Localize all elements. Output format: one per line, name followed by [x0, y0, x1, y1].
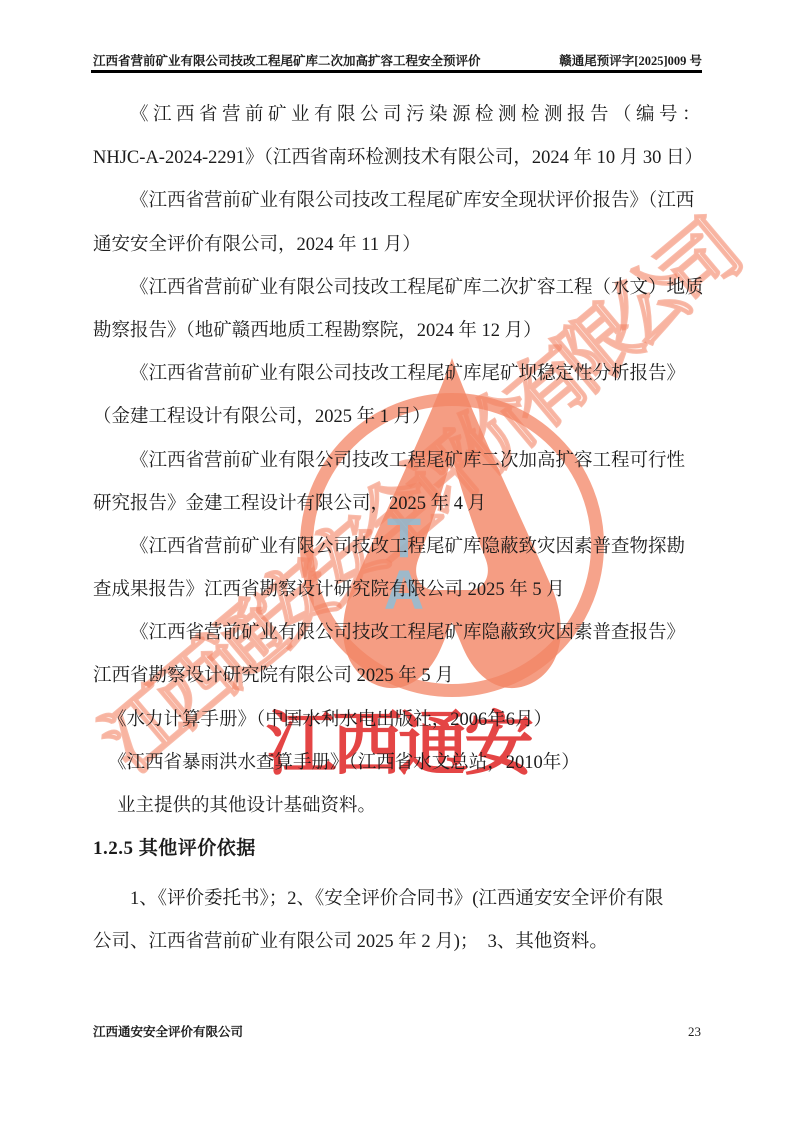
body-line: 查成果报告》江西省勘察设计研究院有限公司 2025 年 5 月	[93, 569, 709, 612]
page-number: 23	[688, 1024, 701, 1040]
section-heading: 1.2.5 其他评价依据	[93, 833, 256, 860]
body-line: NHJC-A-2024-2291》（江西省南环检测技术有限公司，2024 年 1…	[93, 137, 709, 180]
page-header: 江西省营前矿业有限公司技改工程尾矿库二次加高扩容工程安全预评价 赣通尾预评字[2…	[93, 51, 702, 69]
header-title: 江西省营前矿业有限公司技改工程尾矿库二次加高扩容工程安全预评价	[93, 51, 481, 69]
body-line: 《江西省营前矿业有限公司技改工程尾矿库安全现状评价报告》（江西	[93, 180, 709, 223]
body-line: 公司、江西省营前矿业有限公司 2025 年 2 月)； 3、其他资料。	[93, 921, 709, 964]
body-line: 通安安全评价有限公司，2024 年 11 月）	[93, 224, 709, 267]
footer-company-name: 江西通安安全评价有限公司	[93, 1022, 243, 1040]
body-line: 《江西省暴雨洪水查算手册》（江西省水文总站，2010年）	[93, 742, 709, 785]
body-line: 《水力计算手册》（中国水利水电出版社，2006年6月）	[93, 699, 709, 742]
body-line: 《江西省营前矿业有限公司技改工程尾矿库尾矿坝稳定性分析报告》	[93, 353, 709, 396]
reference-list: 《江西省营前矿业有限公司污染源检测检测报告（编号： NHJC-A-2024-22…	[93, 94, 709, 828]
body-line: 《江西省营前矿业有限公司污染源检测检测报告（编号：	[93, 94, 709, 137]
text-layer: 江西省营前矿业有限公司技改工程尾矿库二次加高扩容工程安全预评价 赣通尾预评字[2…	[0, 0, 793, 1122]
header-doc-number: 赣通尾预评字[2025]009 号	[559, 51, 702, 69]
other-basis-paragraph: 1、《评价委托书》；2、《安全评价合同书》(江西通安安全评价有限 公司、江西省营…	[93, 878, 709, 964]
body-line: （金建工程设计有限公司，2025 年 1 月）	[93, 396, 709, 439]
body-line: 《江西省营前矿业有限公司技改工程尾矿库二次扩容工程（水文）地质	[93, 267, 709, 310]
body-line: 业主提供的其他设计基础资料。	[93, 785, 709, 828]
header-divider	[91, 70, 702, 73]
body-line: 江西省勘察设计研究院有限公司 2025 年 5 月	[93, 655, 709, 698]
body-line: 《江西省营前矿业有限公司技改工程尾矿库隐蔽致灾因素普查物探勘	[93, 526, 709, 569]
body-line: 1、《评价委托书》；2、《安全评价合同书》(江西通安安全评价有限	[93, 878, 709, 921]
body-line: 研究报告》金建工程设计有限公司，2025 年 4 月	[93, 483, 709, 526]
body-line: 《江西省营前矿业有限公司技改工程尾矿库二次加高扩容工程可行性	[93, 440, 709, 483]
page-footer: 江西通安安全评价有限公司 23	[93, 1022, 701, 1040]
body-line: 《江西省营前矿业有限公司技改工程尾矿库隐蔽致灾因素普查报告》	[93, 612, 709, 655]
body-line: 勘察报告》（地矿赣西地质工程勘察院，2024 年 12 月）	[93, 310, 709, 353]
document-page: 江西通安安全评价有限公司 TA 江西通安 江西省营前矿业有限公司技改工程尾矿库二…	[0, 0, 793, 1122]
